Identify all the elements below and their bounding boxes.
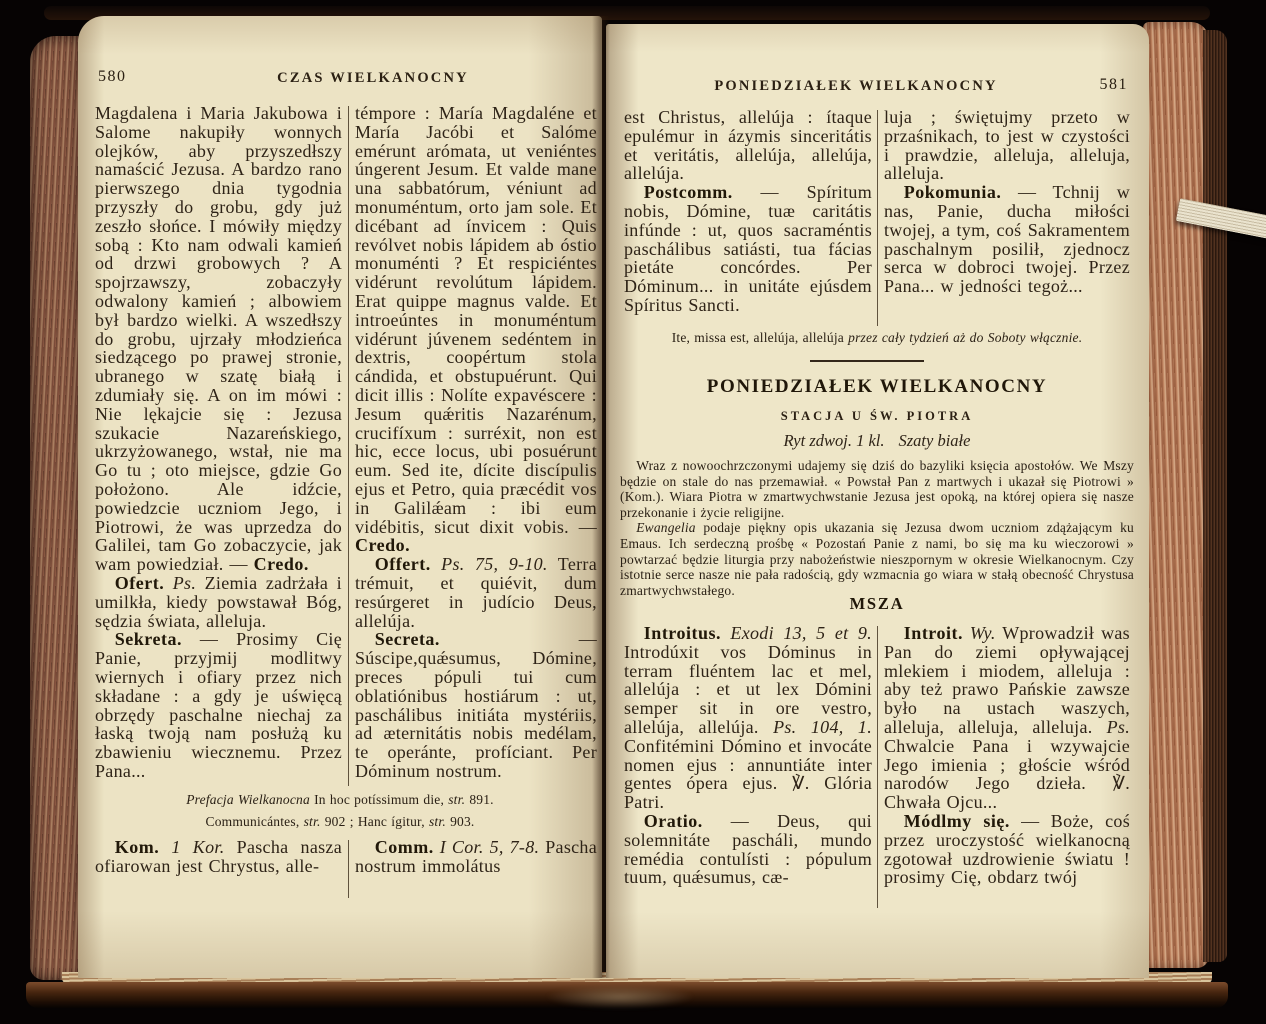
page-edges-left <box>30 36 82 980</box>
gospel-text-latin: témpore : María Magdaléne et María Jacób… <box>355 104 597 555</box>
gospel-text-polish: Magdalena i Maria Jakubowa i Salome naku… <box>95 104 342 574</box>
communion-latin-column: Comm. I Cor. 5, 7-8. Pascha nostrum immo… <box>355 838 597 882</box>
rubric-paragraph-1: Wraz z nowoochrzczonymi udajemy się dziś… <box>620 458 1134 520</box>
mass-column-latin: Introitus. Exodi 13, 5 et 9. Introdúxit … <box>624 624 872 912</box>
introduction-rubric: Wraz z nowoochrzczonymi udajemy się dziś… <box>620 458 1134 598</box>
dismissal-rubric: Ite, missa est, allelúja, allelúja przez… <box>616 330 1138 346</box>
page-edges-right <box>1143 22 1209 968</box>
collect-latin: Oratio. — Deus, qui solemnitáte pascháli… <box>624 812 872 887</box>
running-head-right: PONIEDZIAŁEK WIELKANOCNY <box>646 78 1066 95</box>
preface-footnote: Prefacja Wielkanocna In hoc potíssimum d… <box>83 792 597 808</box>
communion-continuation-polish: luja ; świętujmy przeto w przaśnikach, t… <box>884 108 1130 183</box>
secret-latin: Secreta. — Súscipe,quǽsumus, Dómine, pre… <box>355 630 597 780</box>
spine-headband <box>545 985 695 1009</box>
column-divider-top <box>877 110 878 326</box>
feast-title: PONIEDZIAŁEK WIELKANOCNY <box>626 376 1128 398</box>
running-head-left: CZAS WIELKANOCNY <box>238 70 508 87</box>
communicantes-footnote: Communicántes, str. 902 ; Hanc ígitur, s… <box>83 814 597 830</box>
left-page: 580 CZAS WIELKANOCNY Magdalena i Maria J… <box>78 16 602 978</box>
offertory-latin: Offert. Ps. 75, 9-10. Terra trémuit, et … <box>355 555 597 630</box>
introit-latin: Introitus. Exodi 13, 5 et 9. Introdúxit … <box>624 624 872 812</box>
communion-polish: Kom. 1 Kor. Pascha nasza ofiarowan jest … <box>95 838 342 876</box>
page-number-left: 580 <box>98 68 127 86</box>
mass-column-polish: Introit. Wy. Wprowadził was Pan do ziemi… <box>884 624 1130 912</box>
right-page: PONIEDZIAŁEK WIELKANOCNY 581 est Christu… <box>606 24 1149 978</box>
station-line: STACJA U ŚW. PIOTRA <box>626 409 1128 424</box>
communion-continuation-latin: est Christus, allelúja : ítaque epulémur… <box>624 108 872 183</box>
rite-line: Ryt zdwoj. 1 kl.Szaty białe <box>626 431 1128 451</box>
left-page-column-polish: Magdalena i Maria Jakubowa i Salome naku… <box>95 104 342 790</box>
right-top-column-polish: luja ; świętujmy przeto w przaśnikach, t… <box>884 108 1130 340</box>
communion-latin: Comm. I Cor. 5, 7-8. Pascha nostrum immo… <box>355 838 597 876</box>
postcommunion-polish: Pokomunia. — Tchnij w nas, Panie, ducha … <box>884 183 1130 296</box>
collect-polish: Módlmy się. — Boże, coś przez uroczystoś… <box>884 812 1130 887</box>
secret-polish: Sekreta. — Prosimy Cię Panie, przyjmij m… <box>95 630 342 780</box>
communion-polish-column: Kom. 1 Kor. Pascha nasza ofiarowan jest … <box>95 838 342 882</box>
postcommunion-latin: Postcomm. — Spíritum nobis, Dómine, tuæ … <box>624 183 872 315</box>
rubric-paragraph-2: Ewangelia podaje piękny opis ukazania si… <box>620 520 1134 598</box>
right-top-column-latin: est Christus, allelúja : ítaque epulémur… <box>624 108 872 340</box>
book-gutter-shadow <box>592 16 610 978</box>
book-photo: 580 CZAS WIELKANOCNY Magdalena i Maria J… <box>0 0 1266 1024</box>
column-divider-mass <box>877 626 878 908</box>
column-divider-bottom <box>348 840 349 898</box>
book-cover-right-edge <box>1203 30 1227 962</box>
mass-heading: MSZA <box>626 594 1128 614</box>
left-page-column-latin: témpore : María Magdaléne et María Jacób… <box>355 104 597 790</box>
page-number-right: 581 <box>1076 76 1128 94</box>
introit-polish: Introit. Wy. Wprowadził was Pan do ziemi… <box>884 624 1130 812</box>
column-divider <box>348 106 349 786</box>
section-separator <box>810 360 924 362</box>
offertory-polish: Ofert. Ps. Ziemia zadrżała i umilkła, ki… <box>95 574 342 630</box>
